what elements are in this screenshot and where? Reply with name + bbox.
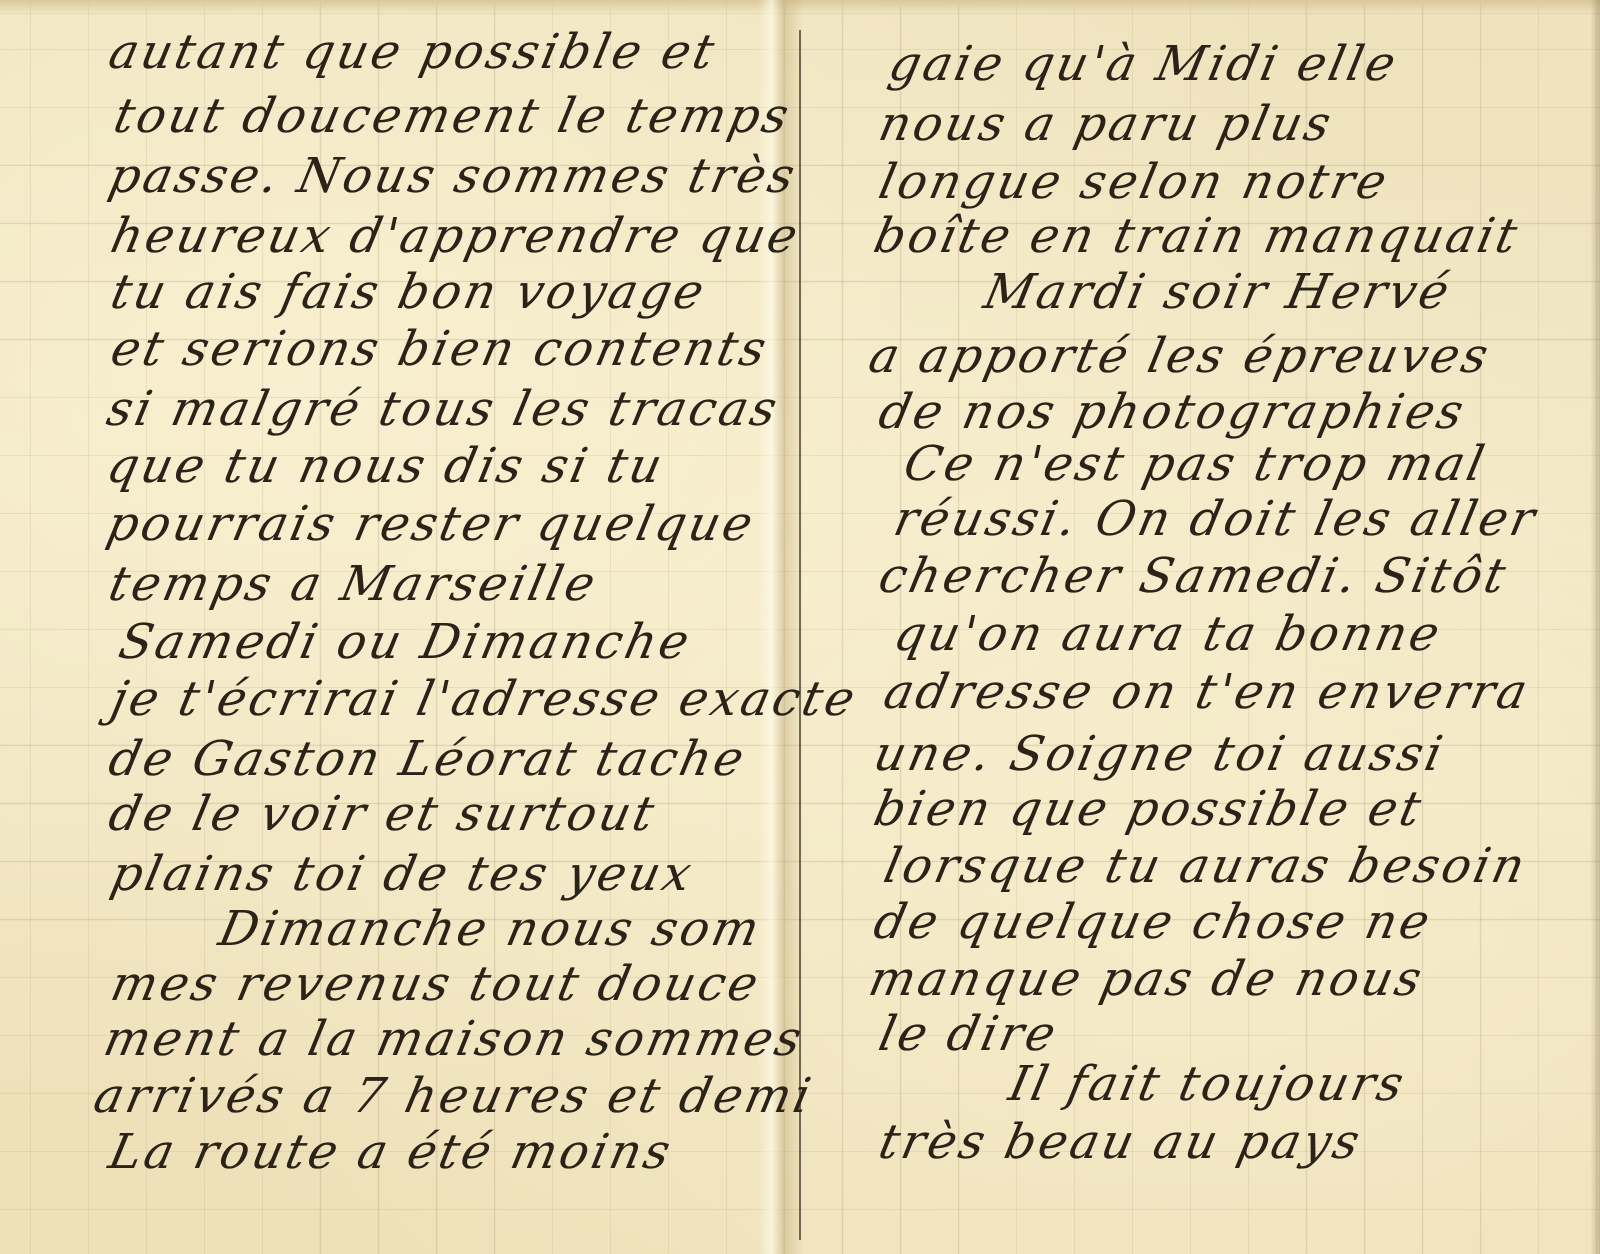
handwritten-line: pourrais rester quelque: [103, 500, 760, 548]
handwritten-line: si malgré tous les tracas: [103, 385, 784, 433]
handwritten-line: Ce n'est pas trop mal: [900, 440, 1491, 488]
handwritten-line: mes revenus tout douce: [107, 960, 765, 1008]
handwritten-line: tout doucement le temps: [110, 92, 796, 140]
handwritten-line: ment a la maison sommes: [100, 1015, 808, 1063]
handwritten-line: que tu nous dis si tu: [103, 442, 669, 490]
handwritten-line: très beau au pays: [875, 1118, 1367, 1166]
handwritten-line: autant que possible et: [105, 28, 721, 76]
handwritten-line: lorsque tu auras besoin: [880, 842, 1532, 890]
handwritten-line: de Gaston Léorat tache: [105, 735, 751, 783]
handwritten-line: boîte en train manquait: [870, 212, 1524, 260]
handwritten-line: heureux d'apprendre que: [107, 212, 805, 260]
handwritten-line: longue selon notre: [875, 158, 1394, 206]
handwritten-line: La route a été moins: [105, 1128, 677, 1176]
handwritten-line: Il fait toujours: [1005, 1060, 1410, 1108]
handwritten-line: de le voir et surtout: [105, 790, 661, 838]
handwritten-line: a apporté les épreuves: [865, 332, 1495, 380]
handwritten-line: temps a Marseille: [105, 560, 602, 608]
handwritten-line: tu ais fais bon voyage: [107, 268, 711, 316]
handwritten-line: arrivés a 7 heures et demi: [90, 1072, 818, 1120]
handwritten-line: de quelque chose ne: [870, 898, 1437, 946]
handwritten-line: de nos photographies: [875, 388, 1470, 436]
handwritten-line: je t'écrirai l'adresse exacte: [107, 675, 862, 723]
handwritten-line: Dimanche nous som: [215, 905, 766, 953]
handwritten-line: bien que possible et: [870, 785, 1428, 833]
handwritten-line: plains toi de tes yeux: [107, 850, 698, 898]
handwritten-line: une. Soigne toi aussi: [870, 730, 1449, 778]
handwritten-line: gaie qu'à Midi elle: [885, 40, 1403, 88]
left-page: autant que possible et tout doucement le…: [0, 0, 800, 1254]
handwritten-line: le dire: [875, 1010, 1063, 1058]
handwritten-line: manque pas de nous: [865, 955, 1429, 1003]
handwritten-line: réussi. On doit les aller: [890, 495, 1542, 543]
handwritten-line: chercher Samedi. Sitôt: [875, 552, 1512, 600]
handwritten-line: et serions bien contents: [107, 325, 773, 373]
handwritten-line: qu'on aura ta bonne: [890, 610, 1446, 658]
handwritten-line: Mardi soir Hervé: [980, 268, 1456, 316]
handwritten-line: passe. Nous sommes très: [105, 152, 802, 200]
letter-spread: autant que possible et tout doucement le…: [0, 0, 1600, 1254]
right-page: gaie qu'à Midi elle nous a paru plus lon…: [800, 0, 1600, 1254]
handwritten-line: adresse on t'en enverra: [880, 668, 1534, 716]
handwritten-line: Samedi ou Dimanche: [115, 618, 696, 666]
handwritten-line: nous a paru plus: [875, 100, 1338, 148]
